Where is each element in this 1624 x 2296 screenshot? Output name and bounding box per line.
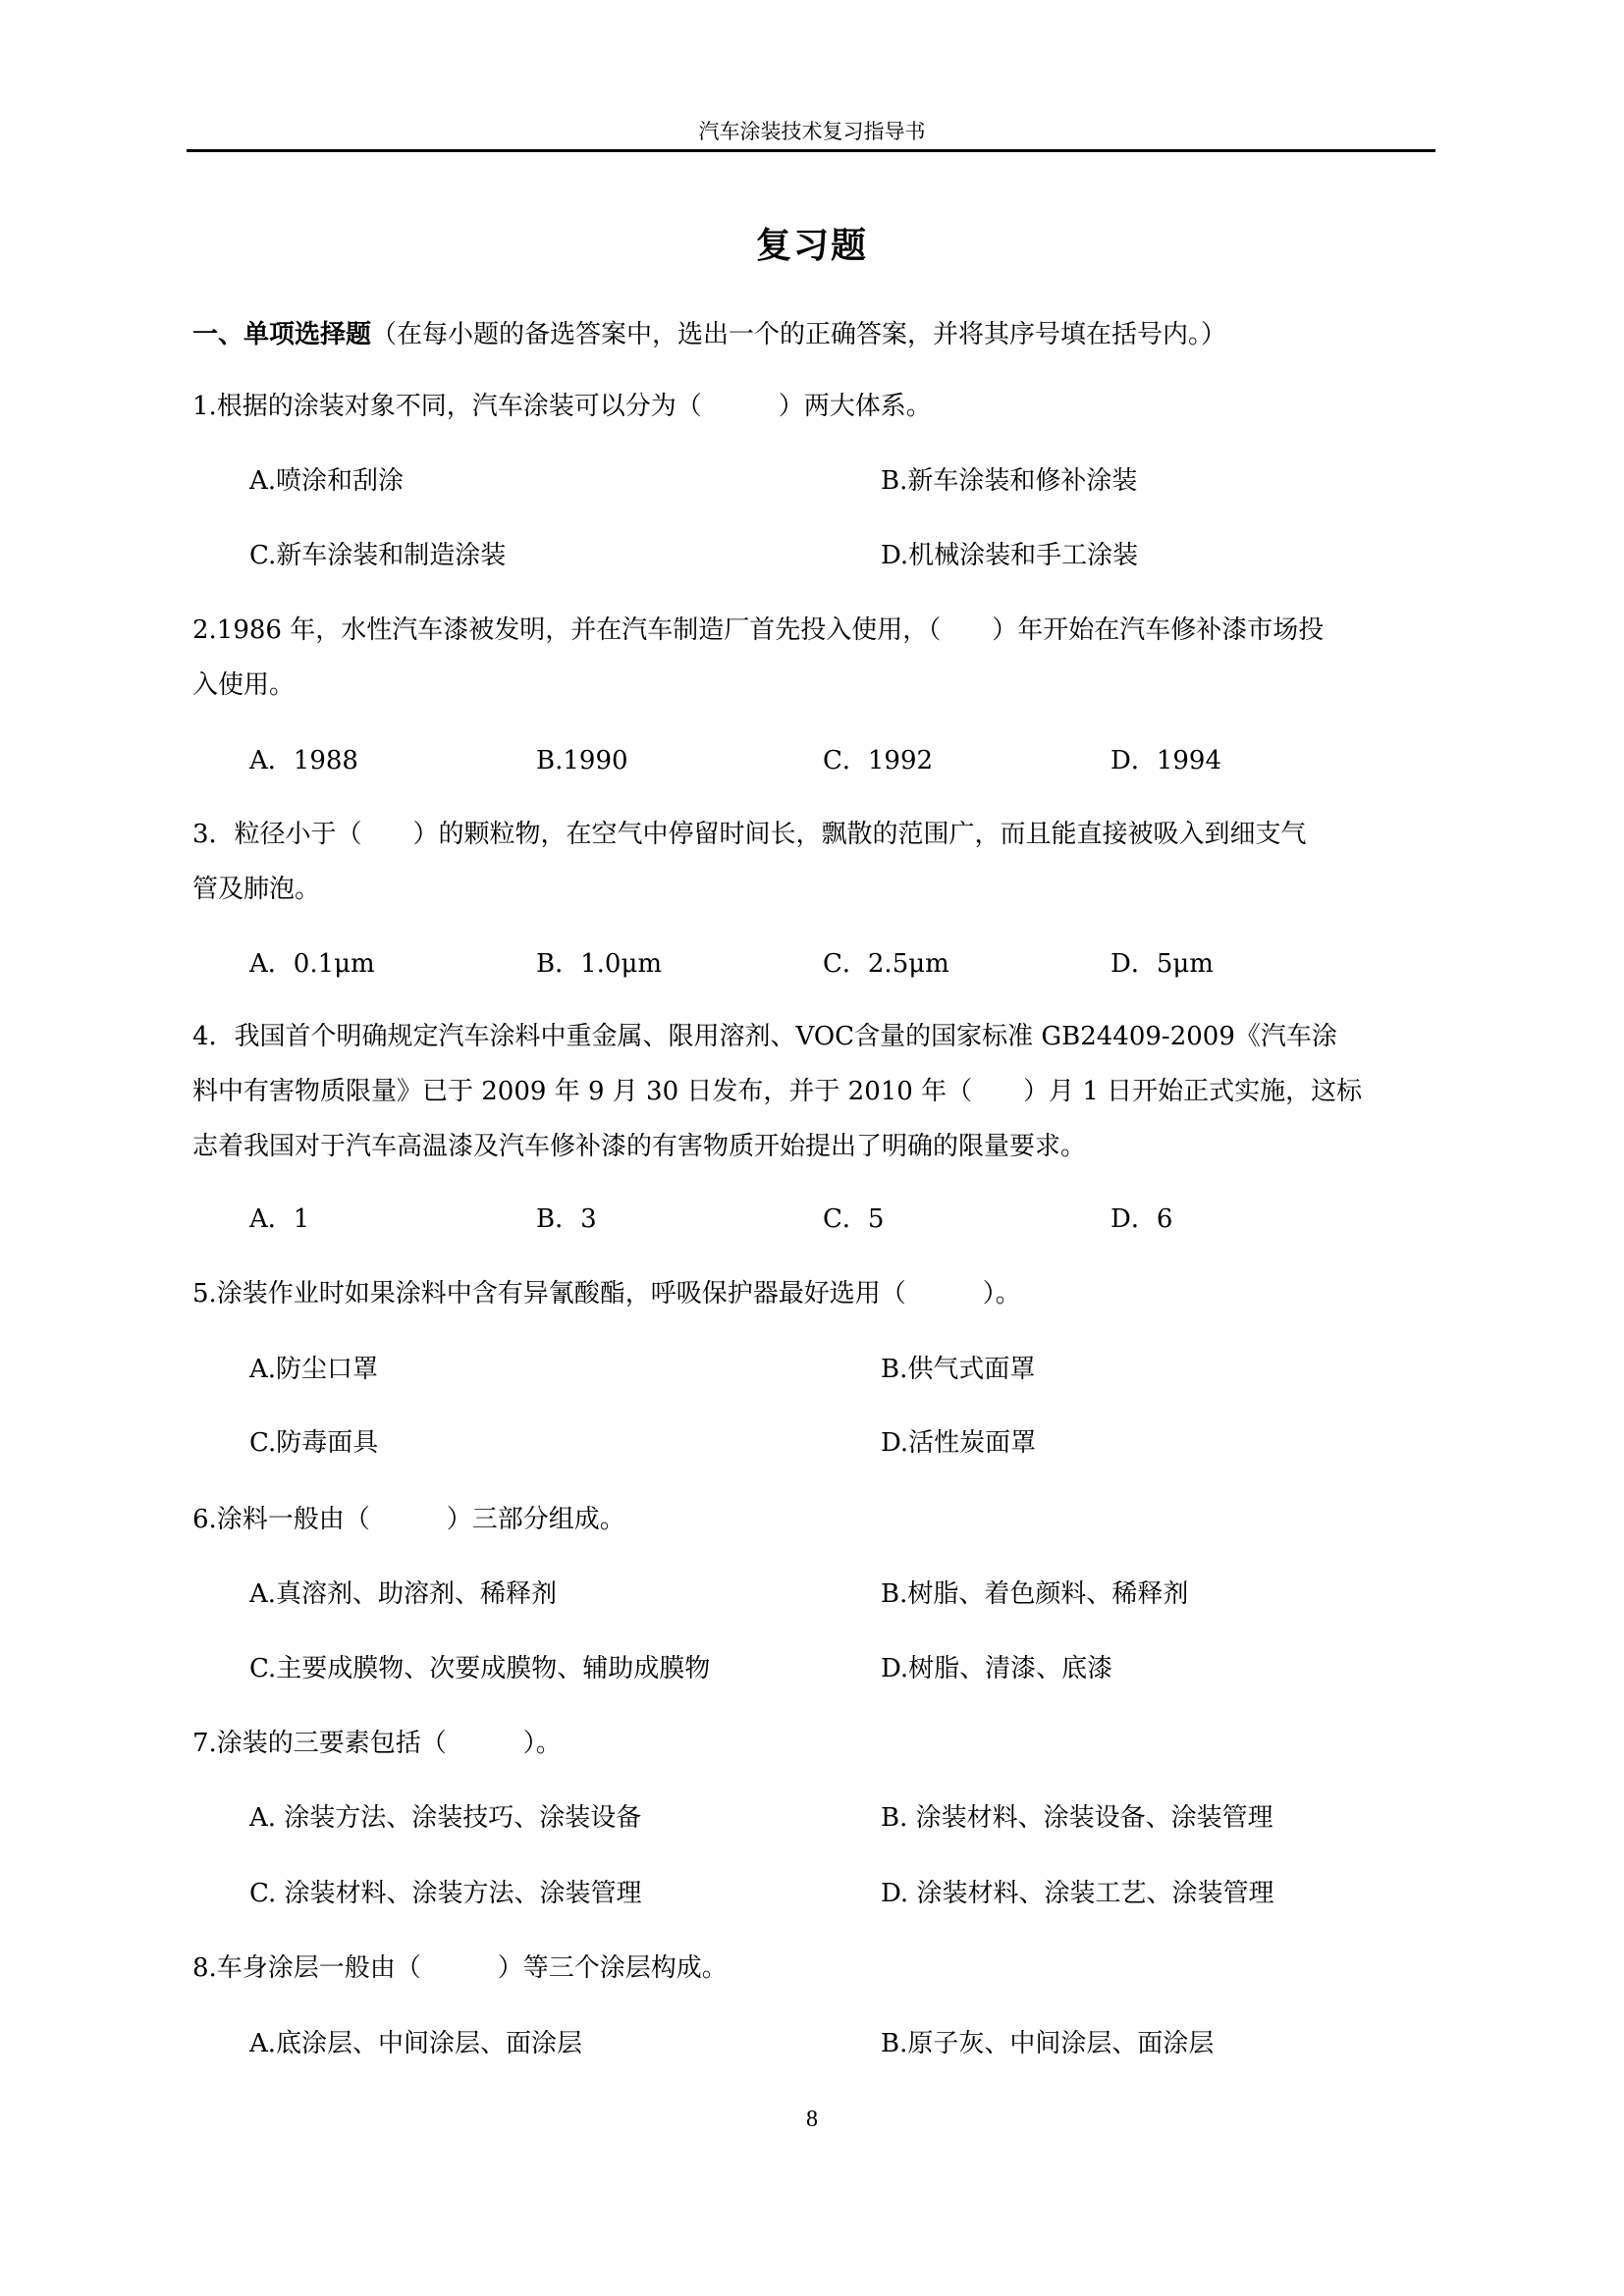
running-header: 汽车涂装技术复习指导书 bbox=[0, 116, 1624, 145]
q1-option-b: B.新车涂装和修补涂装 bbox=[881, 466, 1137, 496]
q5-option-b: B.供气式面罩 bbox=[881, 1355, 1035, 1384]
q8-option-b: B.原子灰、中间涂层、面涂层 bbox=[881, 2029, 1214, 2058]
q4-option-c: C．5 bbox=[823, 1204, 884, 1234]
q3-option-a: A．0.1μm bbox=[249, 949, 375, 979]
q7-option-c: C. 涂装材料、涂装方法、涂装管理 bbox=[249, 1879, 642, 1908]
question-1: 1.根据的涂装对象不同，汽车涂装可以分为（ ）两大体系。 bbox=[192, 392, 932, 421]
question-4-line-3: 志着我国对于汽车高温漆及汽车修补漆的有害物质开始提出了明确的限量要求。 bbox=[192, 1132, 1086, 1161]
question-7: 7.涂装的三要素包括（ ）。 bbox=[192, 1729, 562, 1758]
q6-option-d: D.树脂、清漆、底漆 bbox=[881, 1654, 1112, 1683]
question-2-line-1: 2.1986 年，水性汽车漆被发明，并在汽车制造厂首先投入使用，（ ）年开始在汽… bbox=[192, 615, 1324, 645]
question-8: 8.车身涂层一般由（ ）等三个涂层构成。 bbox=[192, 1953, 728, 1983]
q7-option-a: A. 涂装方法、涂装技巧、涂装设备 bbox=[249, 1803, 641, 1833]
question-5: 5.涂装作业时如果涂料中含有异氰酸酯，呼吸保护器最好选用（ ）。 bbox=[192, 1279, 1021, 1308]
question-6: 6.涂料一般由（ ）三部分组成。 bbox=[192, 1505, 625, 1534]
q3-option-d: D．5μm bbox=[1110, 949, 1214, 979]
section-heading-label: 一、单项选择题 bbox=[192, 320, 371, 349]
q7-option-b: B. 涂装材料、涂装设备、涂装管理 bbox=[881, 1803, 1273, 1833]
q1-option-c: C.新车涂装和制造涂装 bbox=[249, 541, 506, 570]
q7-option-d: D. 涂装材料、涂装工艺、涂装管理 bbox=[881, 1879, 1273, 1908]
q6-option-a: A.真溶剂、助溶剂、稀释剂 bbox=[249, 1579, 557, 1609]
question-4-line-2: 料中有害物质限量》已于 2009 年 9 月 30 日发布，并于 2010 年（… bbox=[192, 1077, 1362, 1106]
section-heading: 一、单项选择题（在每小题的备选答案中，选出一个的正确答案，并将其序号填在括号内。… bbox=[192, 320, 1226, 349]
q4-option-a: A．1 bbox=[249, 1204, 309, 1234]
q5-option-a: A.防尘口罩 bbox=[249, 1355, 378, 1384]
q4-option-d: D．6 bbox=[1110, 1204, 1172, 1234]
q3-option-c: C．2.5μm bbox=[823, 949, 949, 979]
q2-option-c: C．1992 bbox=[823, 746, 933, 775]
q1-option-d: D.机械涂装和手工涂装 bbox=[881, 541, 1138, 570]
q5-option-d: D.活性炭面罩 bbox=[881, 1428, 1036, 1458]
section-instruction: （在每小题的备选答案中，选出一个的正确答案，并将其序号填在括号内。） bbox=[371, 320, 1226, 349]
q1-option-a: A.喷涂和刮涂 bbox=[249, 466, 404, 496]
header-divider bbox=[187, 149, 1435, 152]
page-number: 8 bbox=[0, 2107, 1624, 2133]
q2-option-d: D．1994 bbox=[1110, 746, 1221, 775]
question-3-line-2: 管及肺泡。 bbox=[192, 875, 320, 904]
q2-option-b: B.1990 bbox=[536, 746, 628, 775]
q8-option-a: A.底涂层、中间涂层、面涂层 bbox=[249, 2029, 582, 2058]
question-3-line-1: 3．粒径小于（ ）的颗粒物，在空气中停留时间长，飘散的范围广，而且能直接被吸入到… bbox=[192, 820, 1307, 849]
q5-option-c: C.防毒面具 bbox=[249, 1428, 378, 1458]
question-4-line-1: 4．我国首个明确规定汽车涂料中重金属、限用溶剂、VOC含量的国家标准 GB244… bbox=[192, 1022, 1337, 1051]
q4-option-b: B．3 bbox=[536, 1204, 597, 1234]
q6-option-c: C.主要成膜物、次要成膜物、辅助成膜物 bbox=[249, 1654, 710, 1683]
q3-option-b: B．1.0μm bbox=[536, 949, 662, 979]
q6-option-b: B.树脂、着色颜料、稀释剂 bbox=[881, 1579, 1188, 1609]
page-title: 复习题 bbox=[0, 218, 1624, 268]
q2-option-a: A．1988 bbox=[249, 746, 358, 775]
question-2-line-2: 入使用。 bbox=[192, 670, 295, 700]
